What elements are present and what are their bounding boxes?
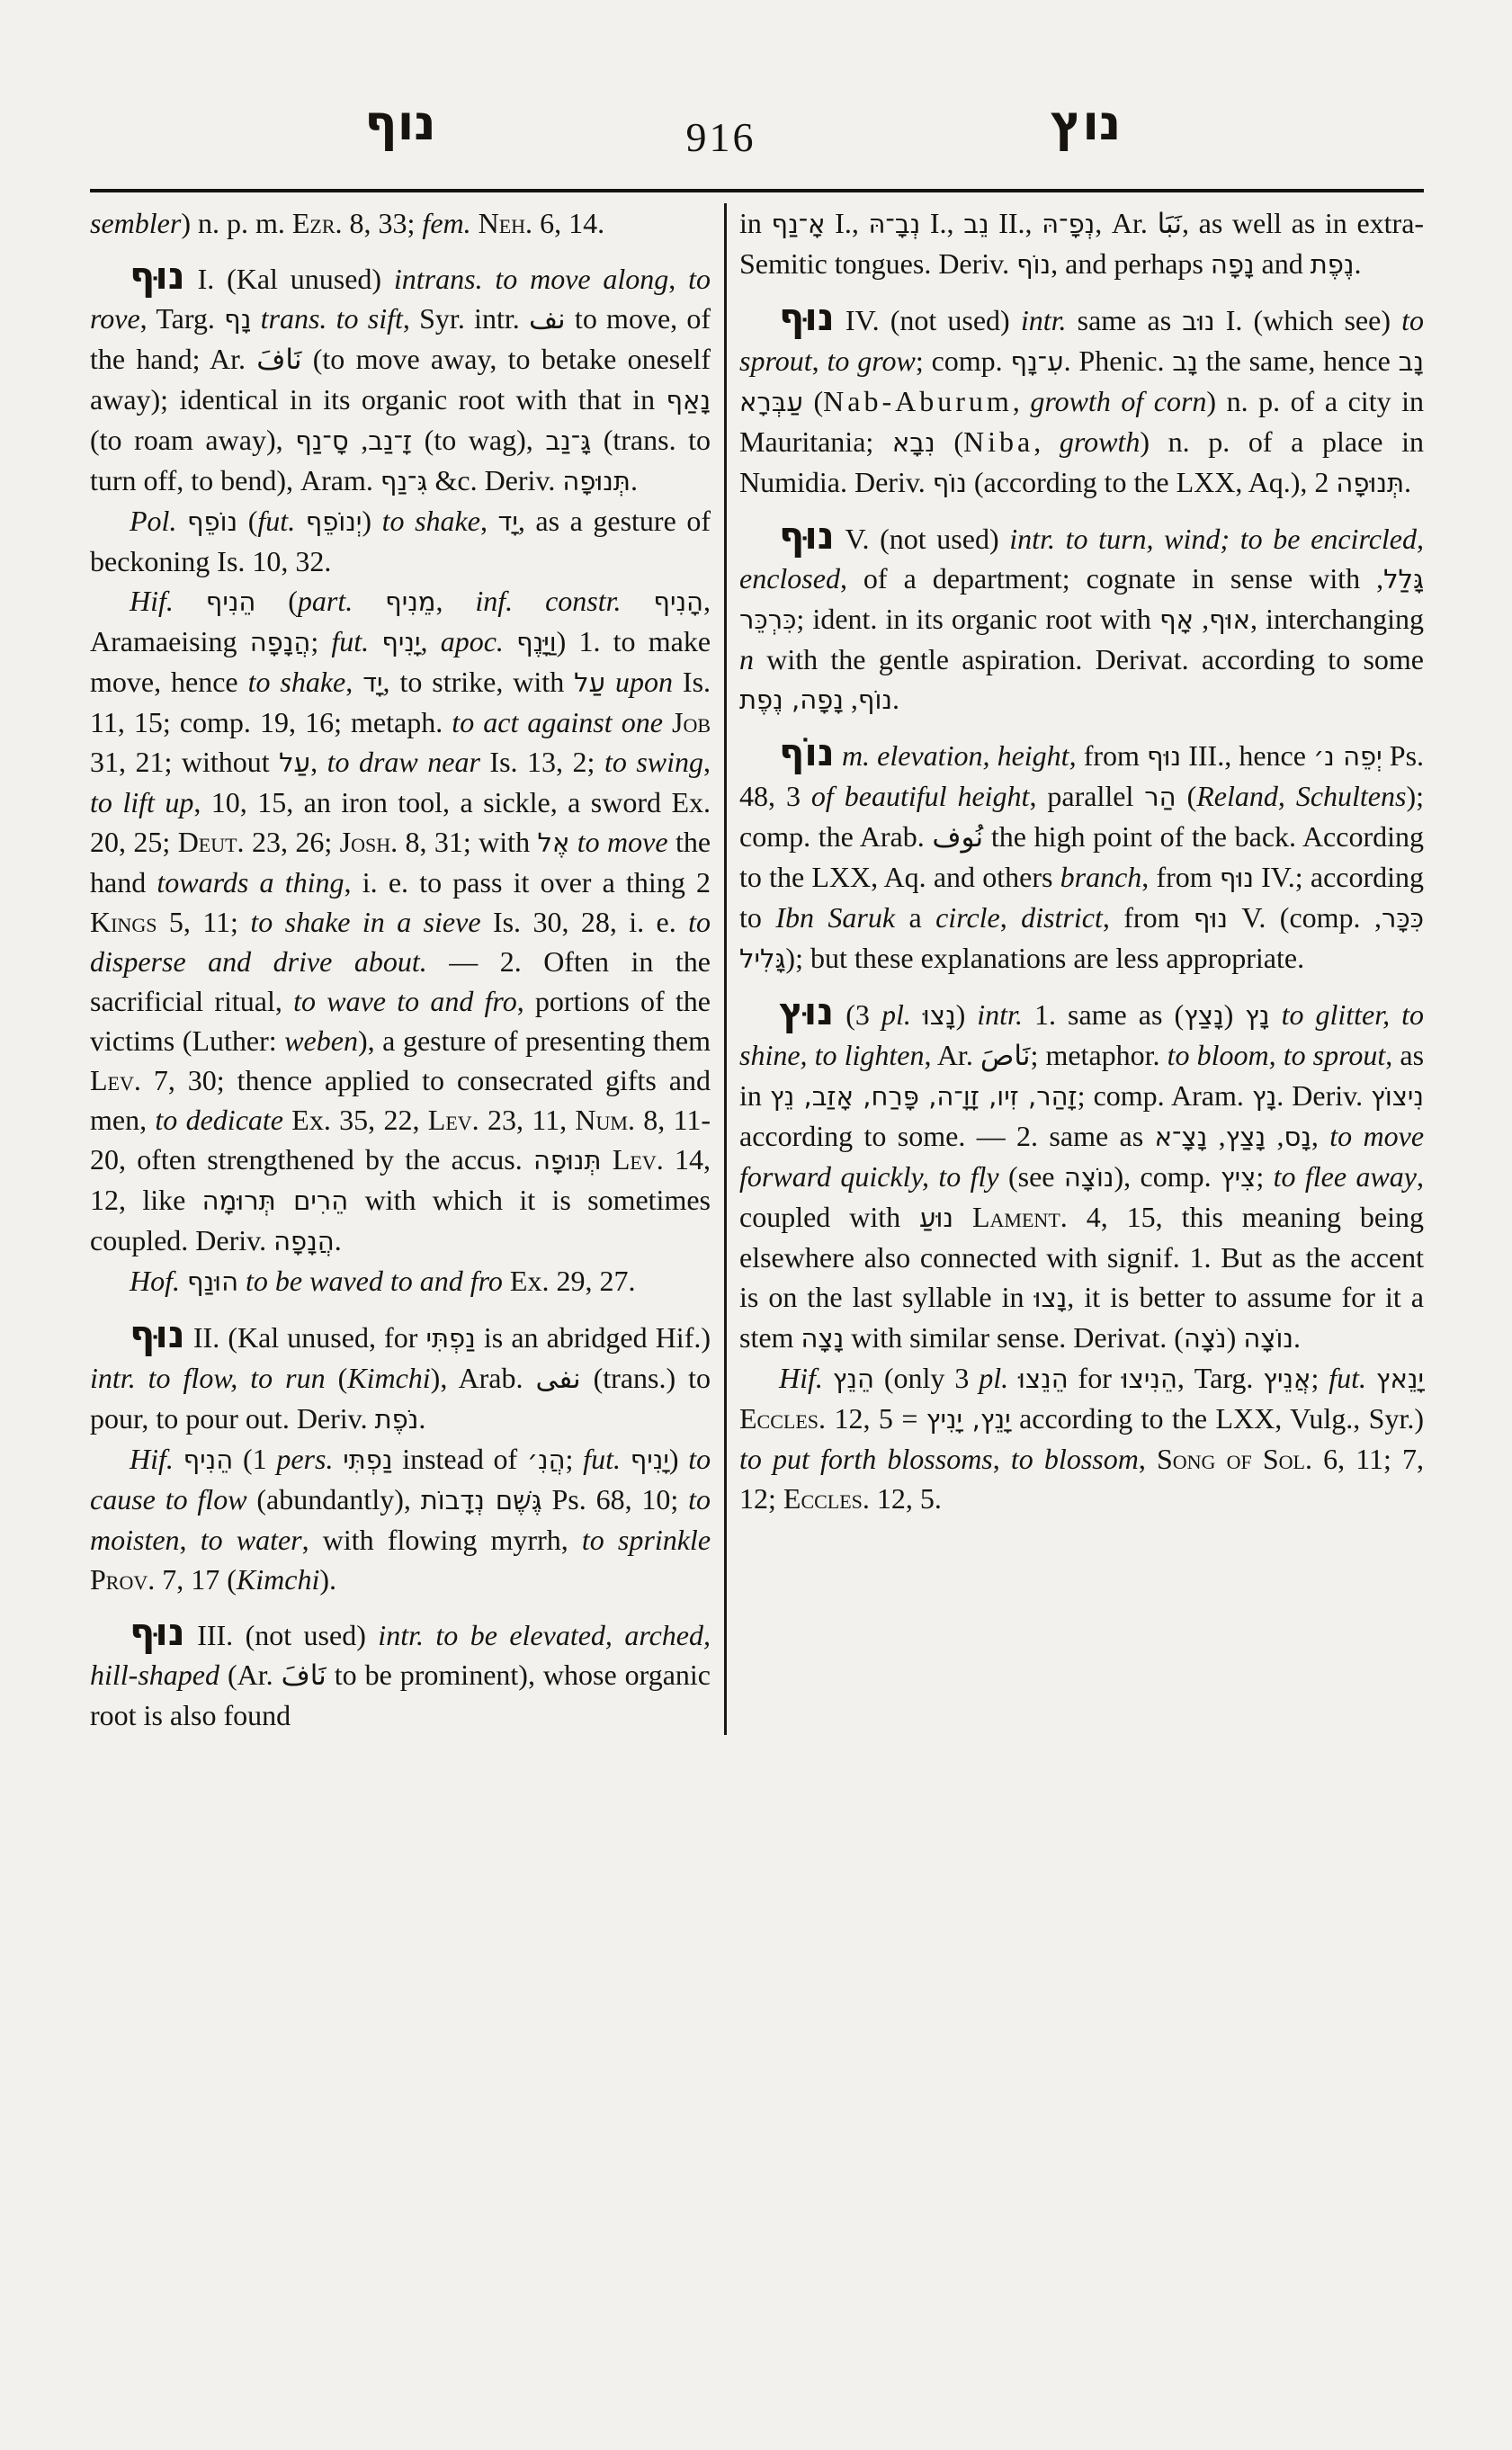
text-run: to bloom, to sprout [1168,1039,1386,1071]
text-run [1008,1362,1018,1394]
hebrew-word: יְנוֹפֵף [306,506,362,537]
hebrew-word: נָס [1284,1122,1311,1152]
hebrew-word: סָ־נַף [295,425,348,456]
hebrew-word: אֶל [537,827,569,858]
text-run: , [1139,1443,1157,1475]
text-run: to put forth blossoms [739,1443,993,1475]
text-run: Reland, Schultens [1196,780,1406,812]
text-run: , [1033,425,1060,458]
hebrew-word: נָצָה [801,1323,844,1354]
text-run: part. [298,585,353,617]
hebrew-word: הַר [1144,782,1176,812]
text-run: , [668,263,688,295]
hebrew-word: נוּעַ [919,1203,953,1233]
hebrew-word: הוּנַף [187,1266,238,1297]
text-run: intr. [977,998,1023,1031]
hebrew-word: נָצָ־א [1155,1122,1208,1152]
arabic-word: نف [529,303,566,335]
text-run: , [1374,901,1382,934]
text-columns: sembler) n. p. m. Ezr. 8, 33; fem. Neh. … [90,203,1424,1735]
dictionary-paragraph: sembler) n. p. m. Ezr. 8, 33; fem. Neh. … [90,203,711,243]
text-run: district [1021,901,1103,934]
hebrew-headword: נוּף [779,514,835,558]
text-run: , [993,1443,1011,1475]
hebrew-word: הָנִיף [653,586,703,617]
text-run: in [739,207,772,239]
text-run: , interchanging [1250,603,1424,635]
text-run [835,739,842,772]
text-run: 6, 14. [532,207,604,239]
text-run: growth [1060,425,1141,458]
text-run: Prov. [90,1563,155,1596]
text-run: (to roam away), [90,424,295,456]
hebrew-word: נָף [224,304,251,335]
hebrew-word: נוֹפֵף [187,506,237,537]
text-run: ), comp. [1114,1160,1221,1193]
hebrew-word: יְפֵה נ׳ [1313,741,1382,772]
text-run [251,302,260,335]
arabic-word: نفى [536,1363,581,1395]
text-run: ; [1256,1160,1273,1193]
text-run: intr. to flow, to run [90,1362,326,1394]
text-run: II., [989,207,1042,239]
text-run [174,585,206,617]
text-run: to blossom [1011,1443,1139,1475]
text-run: ) n. p. m. [181,207,292,239]
hebrew-word: נוֹצָה [1064,1162,1114,1193]
text-run [180,1265,187,1297]
hebrew-word: הֵנֵץ [833,1364,874,1394]
scanned-page: נוף 916 נוץ sembler) n. p. m. Ezr. 8, 33… [0,0,1512,2450]
hebrew-word: נָצַץ [1226,1122,1266,1152]
text-run: same as [1067,304,1183,336]
text-run [911,998,923,1031]
text-run [1366,1362,1376,1394]
text-run: to swing [604,746,703,778]
text-run: trans. to sift [261,302,403,335]
text-run: pers. [276,1443,333,1475]
text-run: , parallel [1029,780,1144,812]
dictionary-paragraph: in אָ־נַף I., נְבָ־הּ I., נֵב II., נְפָ־… [739,203,1424,284]
text-run: 5, 11; [157,906,250,938]
text-run: , [480,505,498,537]
text-run: intr. [1021,304,1067,336]
text-run: (see [999,1160,1064,1193]
text-run: ). [319,1563,336,1596]
text-run: , i. e. to pass it over a thing 2 [344,866,711,899]
text-run: Ibn Saruk [775,901,895,934]
text-run [663,706,672,738]
page-header: נוף 916 נוץ [90,83,1424,189]
text-run: ( [255,585,298,617]
text-run: , [1013,385,1031,417]
text-run: ; comp. [916,344,1011,377]
hebrew-word: נָב [1172,346,1197,377]
text-run: 8, 31; with [398,826,537,858]
text-run: V. (comp. [1228,901,1374,934]
hebrew-word: הֵנִיף [183,1444,234,1475]
hebrew-headword: נוּף [130,1610,185,1654]
hebrew-word: יָנֵאץ [1376,1364,1424,1394]
text-run: Nab-Aburum [823,385,1013,417]
hebrew-word: נֶפֶת [1311,249,1355,280]
text-run: ; ident. in its organic root with [796,603,1159,635]
dictionary-paragraph: Hif. הֵנִיף (part. מֵנִיף, inf. constr. … [90,581,711,1261]
text-run: apoc. [441,625,504,657]
text-run [953,1201,972,1233]
text-run [622,585,654,617]
text-run: Neh. [479,207,532,239]
text-run: , [1266,1120,1284,1152]
text-run: from [1077,739,1147,772]
text-run: to wave to and fro [293,985,517,1017]
text-run: , from [1103,901,1194,934]
text-run: to flee away [1274,1160,1417,1193]
text-run: 12, 5 = [826,1402,926,1435]
text-run: fut. [331,625,369,657]
text-run: sembler [90,207,181,239]
text-run: . [1355,247,1362,280]
text-run: growth of corn [1030,385,1206,417]
text-run [602,1143,613,1176]
text-run: to sprinkle [582,1524,711,1556]
hebrew-word: יָד [498,506,518,537]
hebrew-word: תְּנוּפָה [562,466,631,496]
text-run: to move [577,826,668,858]
text-run: ; comp. Aram. [1078,1079,1252,1112]
text-run: Hif. [779,1362,823,1394]
text-run: Song of Sol. [1157,1443,1312,1475]
text-run: ( [1176,780,1197,812]
text-run: Pol. [130,505,176,537]
hebrew-headword: נוֹף [779,730,835,774]
text-run: circle [935,901,1000,934]
text-run: Ezr. [292,207,343,239]
text-run: 23, 11, [479,1104,576,1136]
text-run: III. (not used) [185,1619,379,1651]
text-run: V. (not used) [835,523,1009,555]
hebrew-word: נוּף [1194,903,1228,934]
hebrew-word: נְבָ־הּ [868,209,920,239]
text-run: pl. [881,998,911,1031]
text-run: 7, 17 ( [155,1563,237,1596]
hebrew-word: זָ־נַב [368,425,412,456]
text-run: . Deriv. [1276,1079,1371,1112]
text-run: ; [566,1443,584,1475]
text-run: , with flowing myrrh, [302,1524,582,1556]
hebrew-word: הֵרִים תְּרוּמָה [202,1185,349,1216]
text-run: according to some. — 2. same as [739,1120,1155,1152]
hebrew-word: יָנֵץ, יָנִיץ [926,1404,1011,1435]
text-run: to be waved to and fro [246,1265,503,1297]
hebrew-word: נָפָה [1211,249,1255,280]
text-run: Eccles. [783,1482,870,1515]
hebrew-word: זָהַר, זִיו, זָוָ־ה, פָּרַח, אָזַב, נֵץ [770,1081,1078,1112]
hebrew-word: יָד [362,667,382,698]
text-run [504,625,516,657]
text-run: , of a department; cognate in sense with [840,562,1376,595]
text-run: 8, 33; [343,207,423,239]
text-run: , to strike, with [383,666,575,698]
hebrew-word: עַל [279,747,310,778]
hebrew-word: גָּלִיל [739,943,785,974]
dictionary-paragraph: Hif. הֵנִיף (1 pers. נַפְתִּי instead of… [90,1439,711,1599]
text-run: 23, 26; [245,826,340,858]
text-run: ( [935,425,963,458]
hebrew-word: עִ־נָף [1011,346,1064,377]
text-run: is an abridged Hif.) [476,1321,711,1354]
text-run [176,505,187,537]
text-run: Josh. [340,826,398,858]
text-run [238,1265,246,1297]
arabic-word: نَافَ [282,1659,327,1692]
hebrew-word: נוֹצָה [1243,1323,1293,1354]
text-run: , [436,585,476,617]
hebrew-word: הֵנִיף [206,586,256,617]
arabic-word: نَبَا [1158,208,1182,240]
text-run: . [892,683,899,715]
text-run: with similar sense. Derivat. [844,1321,1174,1354]
hebrew-word: נוֹף [1016,249,1051,280]
hebrew-word: תְּנוּפָה [533,1145,602,1176]
text-run: , [1311,1120,1329,1152]
hebrew-word: גָּלַל [1383,564,1424,595]
text-run: (1 [233,1443,276,1475]
hebrew-headword: נוּץ [779,989,834,1033]
text-run: ; [1311,1362,1329,1394]
text-run: , [1376,562,1383,595]
hebrew-word: מֵנִיף [385,586,435,617]
arabic-word: نُوف [932,821,983,854]
hebrew-word: כִּרְכֵּר [739,604,796,635]
text-run: ( [326,1362,348,1394]
text-run: , [844,683,858,715]
text-run: ( [1227,1321,1244,1354]
hebrew-word: הֲנָפָה [250,627,311,657]
text-run: intrans. to move along [394,263,668,295]
hebrew-word: נָצוּ [923,1000,956,1031]
hebrew-word: יָנִיף [381,627,420,657]
hebrew-word: נָצוּ [1034,1283,1068,1313]
text-run: ), a gesture of presenting them [358,1024,711,1057]
text-run: weben [284,1024,358,1057]
hebrew-word: נָץ [1252,1081,1276,1112]
text-run: according to the LXX, Vulg., Syr.) [1011,1402,1424,1435]
text-run: , [812,344,828,377]
text-run: to shake [248,666,346,698]
text-run: Kimchi [347,1362,430,1394]
hebrew-word: אָף [1159,604,1194,635]
hebrew-word: הֵנֵצוּ [1018,1364,1069,1394]
text-run: a [895,901,935,934]
text-run [174,1443,183,1475]
text-run [621,1443,631,1475]
text-run: Lament. [972,1201,1068,1233]
hebrew-word: הֲנִ׳ [527,1444,566,1475]
text-run: , and perhaps [1051,247,1211,280]
text-run [333,1443,343,1475]
text-run: , Syr. intr. [403,302,529,335]
text-run: . [631,464,638,496]
text-run: to lift up [90,786,193,818]
text-run: instead of [392,1443,526,1475]
text-run: , [421,625,441,657]
text-run: upon [615,666,673,698]
dictionary-entry: נוּף III. (not used) intr. to be elevate… [90,1614,711,1735]
hebrew-word: נוּף [1147,741,1181,772]
text-run: (abundantly), [247,1483,421,1516]
text-run [569,826,577,858]
hebrew-word: אָ־נַף [772,209,826,239]
dictionary-paragraph: Hif. הֵנֵץ (only 3 pl. הֵנֵצוּ for הֵנִי… [739,1358,1424,1518]
text-run [295,505,306,537]
hebrew-word: צִיץ [1221,1162,1256,1193]
hebrew-word: יָנִיף [631,1444,669,1475]
text-run: 31, 21; without [90,746,279,778]
dictionary-entry: נוּף V. (not used) intr. to turn, wind; … [739,517,1424,720]
text-run: I., [920,207,963,239]
hebrew-word: נַפְתִּי [343,1444,392,1475]
text-run: 1. same as [1023,998,1175,1031]
text-run: 12, 5. [870,1482,942,1515]
text-run: , [349,424,369,456]
text-run: Is. 13, 2; [480,746,604,778]
text-run: , Ar. [1095,207,1157,239]
text-run: , Targ. [140,302,225,335]
hebrew-word: נוּף [1220,863,1254,893]
hebrew-word: אֲנֵיץ [1263,1364,1311,1394]
text-run: and [1255,247,1311,280]
hebrew-word: וַיָּנֶף [516,627,557,657]
text-run: Is. 30, 28, i. e. [481,906,689,938]
text-run: Hif. [130,1443,174,1475]
text-run: Deut. [178,826,245,858]
hebrew-word: נֹפֶת [375,1404,419,1435]
text-run: , from [1141,861,1220,893]
text-run [369,625,381,657]
text-run: Num. [575,1104,635,1136]
text-run: , [1000,901,1021,934]
text-run: II. (Kal unused, for [185,1321,426,1354]
text-run: Lev. [613,1143,664,1176]
text-run: for [1069,1362,1122,1394]
text-run: ; [310,625,331,657]
text-run: Hof. [130,1265,180,1297]
text-run: to draw near [327,746,480,778]
text-run: ), Arab. [431,1362,536,1394]
text-run: Ps. 68, 10; [542,1483,688,1516]
hebrew-word: נָאַף [666,385,711,416]
header-rule [90,189,1424,192]
hebrew-word: נָץ [1245,1000,1269,1031]
text-run: to shake in a sieve [250,906,480,938]
text-run: Kimchi [237,1563,319,1596]
hebrew-headword: נוּף [130,1312,185,1356]
text-run: ); but these explanations are less appro… [785,942,1304,974]
hebrew-word: נוֹף [933,468,967,498]
text-run: with the gentle aspiration. Derivat. acc… [754,643,1424,675]
text-run [823,1362,833,1394]
hebrew-word: נָפָה, נֶפֶת [739,684,844,715]
guide-word-right: נוץ [747,85,1424,162]
text-run: (only 3 [874,1362,979,1394]
text-run: IV. (not used) [835,304,1021,336]
text-run: ( [237,505,257,537]
text-run: I. (which see) [1215,304,1402,336]
hebrew-word: הֵנִיצוּ [1122,1364,1177,1394]
text-run: the same, hence [1198,344,1399,377]
dictionary-entry: נוּץ (3 pl. נָצוּ) intr. 1. same as נָץ … [739,993,1424,1358]
text-run: (Ar. [219,1659,282,1691]
text-run: n [739,643,754,675]
hebrew-headword: נוּף [779,295,835,339]
text-run: , Ar. [925,1039,980,1071]
text-run: . Phenic. [1064,344,1173,377]
text-run: . [418,1402,425,1435]
dictionary-paragraph: Hof. הוּנַף to be waved to and fro Ex. 2… [90,1261,711,1301]
text-run: (according to the LXX, Aq.), [967,466,1315,498]
text-run: Niba [963,425,1033,458]
text-run: branch [1060,861,1142,893]
text-run: ( [1224,998,1246,1031]
text-run: Eccles. [739,1402,826,1435]
left-column: sembler) n. p. m. Ezr. 8, 33; fem. Neh. … [90,203,711,1735]
arabic-word: نَافَ [256,344,301,376]
hebrew-word: גֶּשֶׁם נְדָבוֹת [421,1485,542,1516]
text-run [471,207,479,239]
text-run: , [1207,1120,1225,1152]
dictionary-entry: נוֹף m. elevation, height, from נוּף III… [739,734,1424,979]
text-run: Ex. 29, 27. [503,1265,636,1297]
hebrew-headword: נוּף [130,254,185,298]
dictionary-entry: נוּף II. (Kal unused, for נַפְתִּי is an… [90,1316,711,1439]
text-run: . [335,1224,342,1256]
hebrew-word: הֲנָפָה [273,1226,335,1256]
hebrew-word: נִבָא [892,427,935,458]
hebrew-word: נְפָ־הּ [1042,209,1095,239]
dictionary-entry: נוּף I. (Kal unused) intrans. to move al… [90,257,711,501]
text-run: III., hence [1181,739,1313,772]
text-run: Ex. 35, 22, [283,1104,428,1136]
text-run [353,585,385,617]
text-run: (to wag), [412,424,545,456]
text-run: , [180,1524,201,1556]
hebrew-word: נַפְתִּי [425,1323,475,1354]
text-run: &c. Deriv. [427,464,562,496]
text-run: to grow [827,344,915,377]
text-run: of beautiful height [811,780,1030,812]
dictionary-paragraph: Pol. נוֹפֵף (fut. יְנוֹפֵף) to shake, יָ… [90,501,711,581]
text-run: I., [826,207,869,239]
hebrew-word: נִיצוֹץ [1371,1081,1424,1112]
text-run: to water [201,1524,302,1556]
text-run: m. elevation, height, [842,739,1077,772]
text-run: ) [362,505,381,537]
text-run: , [345,666,362,698]
text-run: to shake [382,505,480,537]
text-run: to act against one [452,706,663,738]
hebrew-word: גָּ־נַב [545,425,591,456]
text-run: fut. [1329,1362,1366,1394]
hebrew-word: נוֹף [858,684,892,715]
text-run: towards a thing [157,866,344,899]
hebrew-word: נָצַץ [1184,1000,1223,1031]
text-run: Hif. [130,585,174,617]
right-column: in אָ־נַף I., נְבָ־הּ I., נֵב II., נְפָ־… [739,203,1424,1735]
text-run: pl. [979,1362,1008,1394]
text-run: ) [956,998,978,1031]
hebrew-word: עַל [574,667,605,698]
